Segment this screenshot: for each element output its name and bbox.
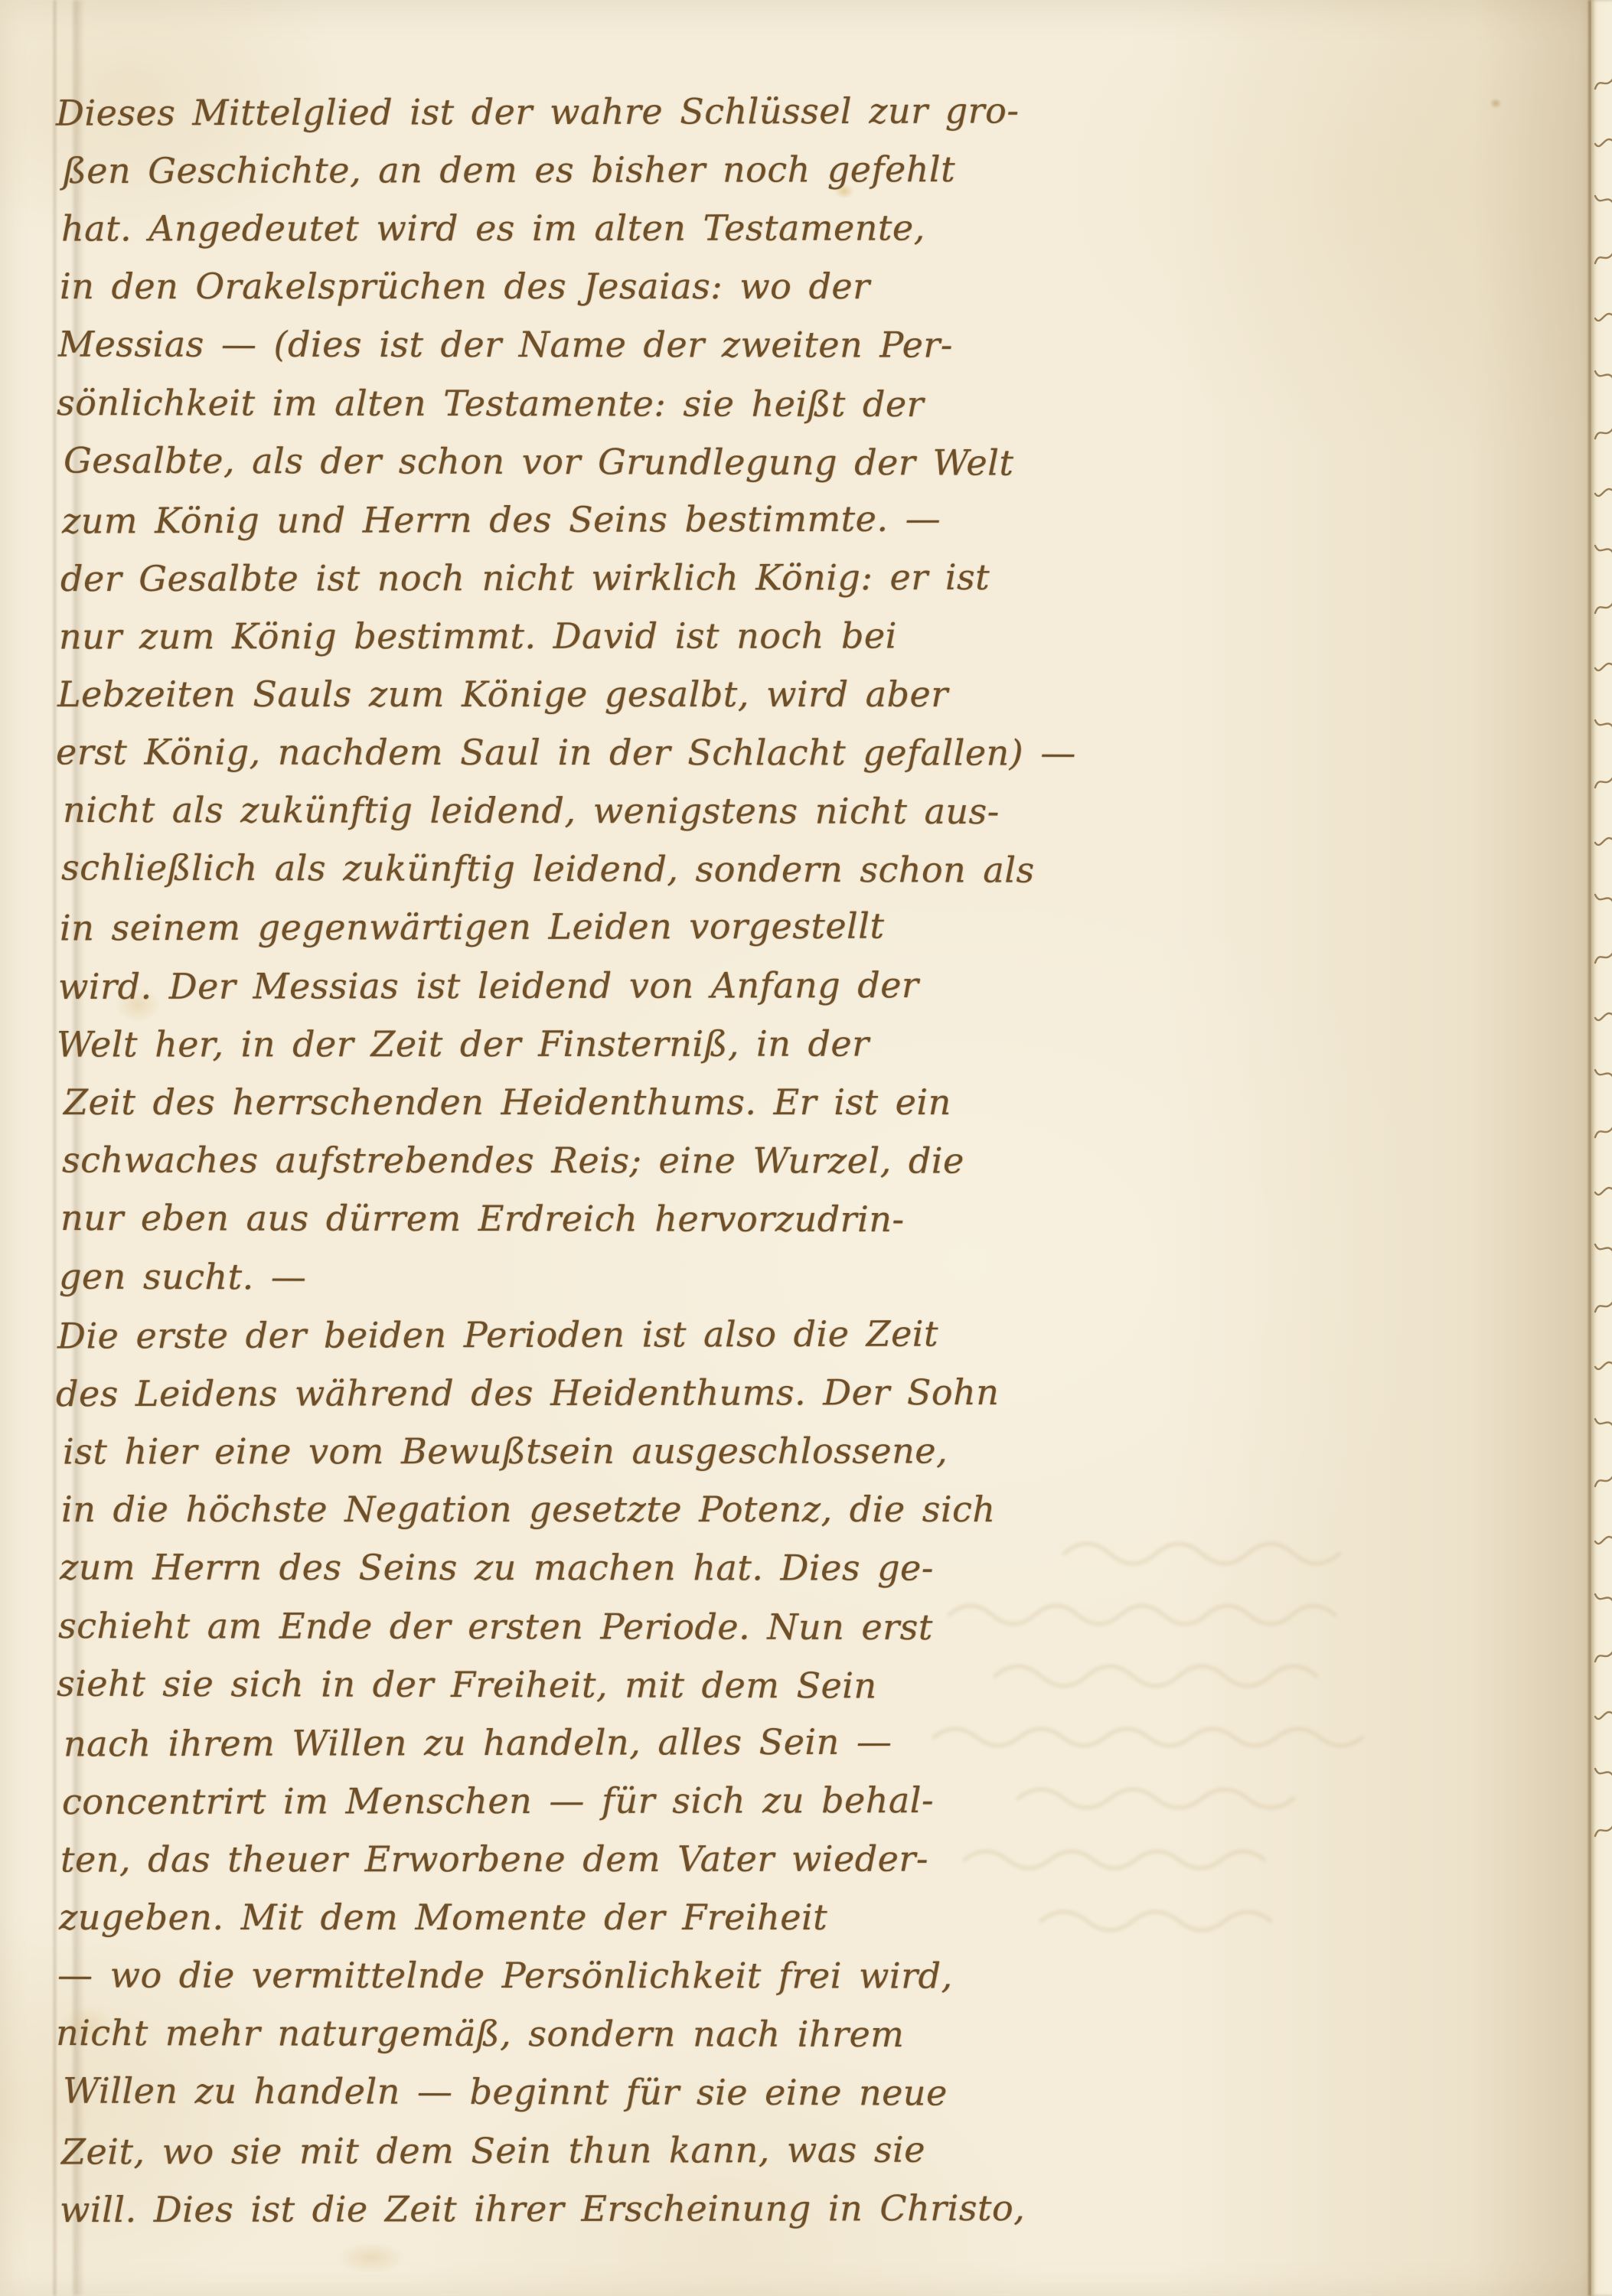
next-page-text-fragment bbox=[1594, 1231, 1612, 1263]
next-page-text-fragment bbox=[1594, 532, 1612, 564]
manuscript-line: Zeit, wo sie mit dem Sein thun kann, was… bbox=[61, 2121, 925, 2181]
next-page-text-fragment bbox=[1594, 1580, 1612, 1613]
manuscript-line: in den Orakelsprüchen des Jesaias: wo de… bbox=[60, 257, 870, 315]
manuscript-line: Willen zu handeln — beginnt für sie eine… bbox=[63, 2061, 948, 2122]
next-page-text-fragment bbox=[1594, 998, 1612, 1030]
next-page-text-fragment bbox=[1594, 357, 1612, 390]
next-page-text-fragment bbox=[1594, 590, 1612, 622]
manuscript-line: gen sucht. — bbox=[59, 1247, 306, 1306]
next-page-text-fragment bbox=[1594, 1289, 1612, 1321]
manuscript-line: nur zum König bestimmt. David ist noch b… bbox=[59, 607, 897, 666]
manuscript-line: Dieses Mittelglied ist der wahre Schlüss… bbox=[56, 81, 1020, 142]
manuscript-line: sönlichkeit im alten Testamente: sie hei… bbox=[57, 373, 924, 433]
manuscript-line: des Leidens während des Heidenthums. Der… bbox=[56, 1363, 999, 1423]
next-page-text-fragment bbox=[1594, 1114, 1612, 1146]
next-page-text-fragment bbox=[1594, 1639, 1612, 1671]
manuscript-line: Die erste der beiden Perioden ist also d… bbox=[57, 1304, 938, 1365]
next-page-text-fragment bbox=[1594, 416, 1612, 448]
manuscript-line: hat. Angedeutet wird es im alten Testame… bbox=[61, 199, 925, 258]
next-page-text-fragment bbox=[1594, 1172, 1612, 1205]
next-page-text-fragment bbox=[1594, 706, 1612, 739]
next-page-text-fragment bbox=[1594, 823, 1612, 855]
manuscript-line: Lebzeiten Sauls zum Könige gesalbt, wird… bbox=[57, 665, 948, 723]
manuscript-page: Dieses Mittelglied ist der wahre Schlüss… bbox=[0, 0, 1612, 2296]
next-page-text-fragment bbox=[1594, 1697, 1612, 1729]
manuscript-line: nur eben aus dürrem Erdreich hervorzudri… bbox=[60, 1189, 905, 1248]
manuscript-line: schwaches aufstrebendes Reis; eine Wurze… bbox=[62, 1130, 964, 1189]
next-page-text-fragment bbox=[1594, 474, 1612, 506]
next-page-text-fragment bbox=[1594, 1405, 1612, 1437]
manuscript-line: ßen Geschichte, an dem es bisher noch ge… bbox=[63, 140, 955, 200]
manuscript-line: der Gesalbte ist noch nicht wirklich Kön… bbox=[60, 548, 990, 608]
next-page-text-fragment bbox=[1594, 66, 1612, 98]
manuscript-line: schieht am Ende der ersten Periode. Nun … bbox=[58, 1596, 933, 1656]
manuscript-line: zugeben. Mit dem Momente der Freiheit bbox=[59, 1888, 827, 1946]
next-page-text-fragment bbox=[1594, 1347, 1612, 1379]
next-page-text-fragment bbox=[1594, 240, 1612, 272]
manuscript-line: ten, das theuer Erworbene dem Vater wied… bbox=[60, 1830, 928, 1889]
manuscript-line: in seinem gegenwärtigen Leiden vorgestel… bbox=[60, 897, 885, 957]
manuscript-line: Zeit des herrschenden Heidenthums. Er is… bbox=[64, 1073, 951, 1131]
manuscript-line: nicht mehr naturgemäß, sondern nach ihre… bbox=[56, 2004, 904, 2063]
next-page-text-fragment bbox=[1594, 648, 1612, 680]
manuscript-line: Gesalbte, als der schon vor Grundlegung … bbox=[64, 431, 1014, 491]
next-page-text-fragment bbox=[1594, 1813, 1612, 1845]
next-page-text-fragment bbox=[1594, 765, 1612, 797]
next-page-text-fragment bbox=[1594, 124, 1612, 156]
manuscript-line: — wo die vermittelnde Persönlichkeit fre… bbox=[57, 1945, 953, 2004]
manuscript-line: Messias — (dies ist der Name der zweiten… bbox=[58, 315, 953, 373]
manuscript-line: nach ihrem Willen zu handeln, alles Sein… bbox=[64, 1713, 892, 1773]
manuscript-line: nicht als zukünftig leidend, wenigstens … bbox=[63, 781, 1000, 840]
next-page-text-fragment bbox=[1594, 940, 1612, 972]
manuscript-line: will. Dies ist die Zeit ihrer Erscheinun… bbox=[60, 2179, 1025, 2239]
manuscript-line: zum Herrn des Seins zu machen hat. Dies … bbox=[60, 1538, 934, 1597]
next-page-text-fragment bbox=[1594, 1463, 1612, 1495]
next-page-text-fragment bbox=[1594, 298, 1612, 331]
next-page-text-fragment bbox=[1594, 1521, 1612, 1554]
next-page-text-fragment bbox=[1594, 182, 1612, 214]
manuscript-line: ist hier eine vom Bewußtsein ausgeschlos… bbox=[63, 1421, 948, 1480]
next-page-edge bbox=[1591, 0, 1612, 2296]
manuscript-line: erst König, nachdem Saul in der Schlacht… bbox=[56, 722, 1076, 781]
manuscript-text-block: Dieses Mittelglied ist der wahre Schlüss… bbox=[0, 0, 1612, 2296]
manuscript-line: concentrirt im Menschen — für sich zu be… bbox=[62, 1771, 934, 1831]
manuscript-line: schließlich als zukünftig leidend, sonde… bbox=[61, 838, 1035, 899]
next-page-text-fragment bbox=[1594, 1056, 1612, 1088]
manuscript-line: sieht sie sich in der Freiheit, mit dem … bbox=[57, 1655, 877, 1715]
manuscript-line: Welt her, in der Zeit der Finsterniß, in… bbox=[57, 1015, 870, 1074]
next-page-text-fragment bbox=[1594, 881, 1612, 913]
next-page-text-fragment bbox=[1594, 1755, 1612, 1787]
manuscript-line: wird. Der Messias ist leidend von Anfang… bbox=[58, 956, 919, 1016]
manuscript-line: zum König und Herrn des Seins bestimmte.… bbox=[62, 489, 941, 550]
manuscript-line: in die höchste Negation gesetzte Potenz,… bbox=[61, 1480, 995, 1538]
